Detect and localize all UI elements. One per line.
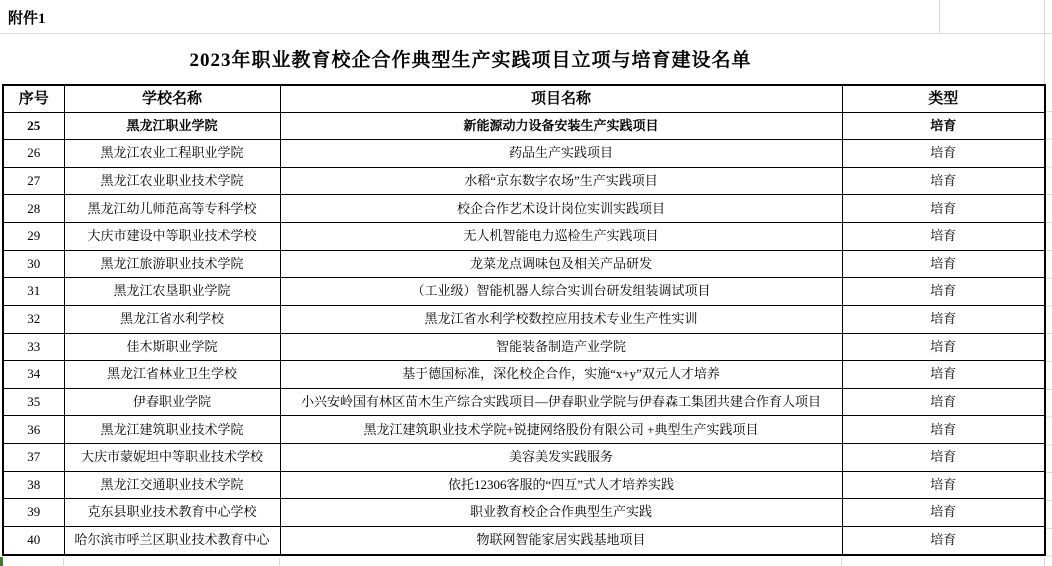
sheet-title[interactable]: 2023年职业教育校企合作典型生产实践项目立项与培育建设名单 [2,33,939,84]
gridline-below-3 [841,558,842,566]
cell-school[interactable]: 大庆市蒙妮坦中等职业技术学校 [64,444,280,472]
cell-project[interactable]: 水稻“京东数字农场”生产实践项目 [280,167,842,195]
cell-project[interactable]: 基于德国标准，深化校企合作，实施“x+y”双元人才培养 [280,361,842,389]
project-table: 序号 学校名称 项目名称 类型 25 黑龙江职业学院 新能源动力设备安装生产实践… [2,84,1046,556]
cell-project[interactable]: 无人机智能电力巡检生产实践项目 [280,223,842,251]
table-row: 34 黑龙江省林业卫生学校 基于德国标准，深化校企合作，实施“x+y”双元人才培… [3,361,1045,389]
cell-project[interactable]: 药品生产实践项目 [280,140,842,168]
table-row: 25 黑龙江职业学院 新能源动力设备安装生产实践项目 培育 [3,112,1045,140]
cell-no[interactable]: 31 [3,278,64,306]
cell-school[interactable]: 伊春职业学院 [64,388,280,416]
gridline-right-strip [1046,84,1052,558]
table-row: 38 黑龙江交通职业技术学院 依托12306客服的“四互”式人才培养实践 培育 [3,471,1045,499]
cell-type[interactable]: 培育 [842,250,1045,278]
gridline-vertical-title-right [939,0,940,33]
cell-project[interactable]: 新能源动力设备安装生产实践项目 [280,112,842,140]
cell-project[interactable]: 职业教育校企合作典型生产实践 [280,499,842,527]
cell-type[interactable]: 培育 [842,195,1045,223]
table-row: 31 黑龙江农垦职业学院 （工业级）智能机器人综合实训台研发组装调试项目 培育 [3,278,1045,306]
table-body: 25 黑龙江职业学院 新能源动力设备安装生产实践项目 培育 26 黑龙江农业工程… [3,112,1045,555]
cell-school[interactable]: 黑龙江农业工程职业学院 [64,140,280,168]
table-row: 40 哈尔滨市呼兰区职业技术教育中心 物联网智能家居实践基地项目 培育 [3,526,1045,555]
cell-school[interactable]: 克东县职业技术教育中心学校 [64,499,280,527]
cell-no[interactable]: 38 [3,471,64,499]
table-row: 30 黑龙江旅游职业技术学院 龙菜龙点调味包及相关产品研发 培育 [3,250,1045,278]
cell-type[interactable]: 培育 [842,278,1045,306]
cell-no[interactable]: 27 [3,167,64,195]
cell-project[interactable]: （工业级）智能机器人综合实训台研发组装调试项目 [280,278,842,306]
cell-project[interactable]: 美容美发实践服务 [280,444,842,472]
spreadsheet-canvas: 附件1 2023年职业教育校企合作典型生产实践项目立项与培育建设名单 序号 学校… [0,0,1052,566]
cell-project[interactable]: 物联网智能家居实践基地项目 [280,526,842,555]
cell-school[interactable]: 黑龙江农垦职业学院 [64,278,280,306]
table-row: 26 黑龙江农业工程职业学院 药品生产实践项目 培育 [3,140,1045,168]
cell-type[interactable]: 培育 [842,444,1045,472]
col-header-project[interactable]: 项目名称 [280,85,842,112]
cell-school[interactable]: 佳木斯职业学院 [64,333,280,361]
header-row: 序号 学校名称 项目名称 类型 [3,85,1045,112]
table-row: 36 黑龙江建筑职业技术学院 黑龙江建筑职业技术学院+锐捷网络股份有限公司 +典… [3,416,1045,444]
cell-school[interactable]: 大庆市建设中等职业技术学校 [64,223,280,251]
cell-no[interactable]: 35 [3,388,64,416]
cell-no[interactable]: 34 [3,361,64,389]
cell-type[interactable]: 培育 [842,416,1045,444]
cell-no[interactable]: 26 [3,140,64,168]
cell-type[interactable]: 培育 [842,223,1045,251]
cell-type[interactable]: 培育 [842,388,1045,416]
cell-school[interactable]: 哈尔滨市呼兰区职业技术教育中心 [64,526,280,555]
cell-school[interactable]: 黑龙江幼儿师范高等专科学校 [64,195,280,223]
gridline-below-4 [1044,558,1045,566]
cell-school[interactable]: 黑龙江省林业卫生学校 [64,361,280,389]
col-header-type[interactable]: 类型 [842,85,1045,112]
cell-school[interactable]: 黑龙江建筑职业技术学院 [64,416,280,444]
cell-type[interactable]: 培育 [842,471,1045,499]
cell-type[interactable]: 培育 [842,333,1045,361]
cell-no[interactable]: 28 [3,195,64,223]
cell-no[interactable]: 32 [3,305,64,333]
cell-school[interactable]: 黑龙江农业职业技术学院 [64,167,280,195]
col-header-no[interactable]: 序号 [3,85,64,112]
cell-type[interactable]: 培育 [842,140,1045,168]
gridline-vertical-right-column [1044,0,1045,84]
cell-type[interactable]: 培育 [842,305,1045,333]
cell-project[interactable]: 小兴安岭国有林区苗木生产综合实践项目—伊春职业学院与伊春森工集团共建合作育人项目 [280,388,842,416]
cell-type[interactable]: 培育 [842,361,1045,389]
attachment-label[interactable]: 附件1 [8,7,46,28]
cell-type[interactable]: 培育 [842,167,1045,195]
cell-project[interactable]: 龙菜龙点调味包及相关产品研发 [280,250,842,278]
cell-project[interactable]: 黑龙江省水利学校数控应用技术专业生产性实训 [280,305,842,333]
cell-school[interactable]: 黑龙江交通职业技术学院 [64,471,280,499]
cell-school[interactable]: 黑龙江省水利学校 [64,305,280,333]
cell-project[interactable]: 黑龙江建筑职业技术学院+锐捷网络股份有限公司 +典型生产实践项目 [280,416,842,444]
table-row: 35 伊春职业学院 小兴安岭国有林区苗木生产综合实践项目—伊春职业学院与伊春森工… [3,388,1045,416]
table-row: 32 黑龙江省水利学校 黑龙江省水利学校数控应用技术专业生产性实训 培育 [3,305,1045,333]
cell-school[interactable]: 黑龙江旅游职业技术学院 [64,250,280,278]
table-row: 27 黑龙江农业职业技术学院 水稻“京东数字农场”生产实践项目 培育 [3,167,1045,195]
cell-project[interactable]: 智能装备制造产业学院 [280,333,842,361]
cell-no[interactable]: 29 [3,223,64,251]
table-row: 39 克东县职业技术教育中心学校 职业教育校企合作典型生产实践 培育 [3,499,1045,527]
cell-project[interactable]: 依托12306客服的“四互”式人才培养实践 [280,471,842,499]
cell-project[interactable]: 校企合作艺术设计岗位实训实践项目 [280,195,842,223]
cell-no[interactable]: 25 [3,112,64,140]
table-row: 37 大庆市蒙妮坦中等职业技术学校 美容美发实践服务 培育 [3,444,1045,472]
cell-no[interactable]: 33 [3,333,64,361]
col-header-school[interactable]: 学校名称 [64,85,280,112]
cell-selection-fragment [0,557,3,566]
table-row: 28 黑龙江幼儿师范高等专科学校 校企合作艺术设计岗位实训实践项目 培育 [3,195,1045,223]
gridline-below-2 [279,558,280,566]
cell-type[interactable]: 培育 [842,526,1045,555]
cell-no[interactable]: 39 [3,499,64,527]
cell-no[interactable]: 37 [3,444,64,472]
cell-school[interactable]: 黑龙江职业学院 [64,112,280,140]
table-row: 33 佳木斯职业学院 智能装备制造产业学院 培育 [3,333,1045,361]
cell-no[interactable]: 36 [3,416,64,444]
cell-no[interactable]: 30 [3,250,64,278]
cell-type[interactable]: 培育 [842,499,1045,527]
gridline-below-1 [63,558,64,566]
table-row: 29 大庆市建设中等职业技术学校 无人机智能电力巡检生产实践项目 培育 [3,223,1045,251]
cell-type[interactable]: 培育 [842,112,1045,140]
cell-no[interactable]: 40 [3,526,64,555]
